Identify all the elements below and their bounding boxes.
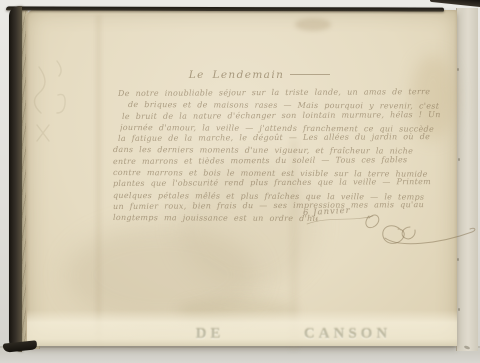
handwriting-line: plantes que l'obscurité rend plus franch… xyxy=(113,176,431,189)
watermark-word-de: DE xyxy=(175,326,245,343)
watermark-word-canson: CANSON xyxy=(265,326,430,343)
page-edge-speck xyxy=(457,68,459,71)
page-edge-speck xyxy=(457,258,459,261)
handwriting-line: longtemps ma jouissance est un ordre d'h… xyxy=(113,212,318,224)
title-flourish xyxy=(290,74,330,75)
signature-flourish xyxy=(289,196,480,254)
handwriting-line: entre marrons et tièdes moments du solei… xyxy=(113,154,431,167)
facing-page-edge xyxy=(456,8,478,351)
page-title-text: Le Lendemain xyxy=(189,69,285,81)
margin-showthrough-marks xyxy=(27,55,72,155)
photo-backdrop: Le Lendemain De notre inoubliable séjour… xyxy=(0,0,480,363)
album-cover-left-edge xyxy=(9,6,22,352)
backdrop-bottom-strip xyxy=(0,346,480,363)
page-title: Le Lendemain xyxy=(177,69,342,81)
manuscript-page: Le Lendemain De notre inoubliable séjour… xyxy=(26,10,457,346)
handwriting-line: la fatigue de la marche, le dégoût — Les… xyxy=(118,131,436,144)
handwriting-line: De notre inoubliable séjour sur la trist… xyxy=(118,86,436,99)
page-edge-speck xyxy=(458,158,460,161)
paper-stain xyxy=(295,18,331,31)
paper-crease xyxy=(95,15,102,345)
page-edge-speck xyxy=(464,345,471,350)
handwriting-line: le bruit de la nature d'échanger son loi… xyxy=(122,109,440,122)
page-edge-speck xyxy=(458,308,460,311)
